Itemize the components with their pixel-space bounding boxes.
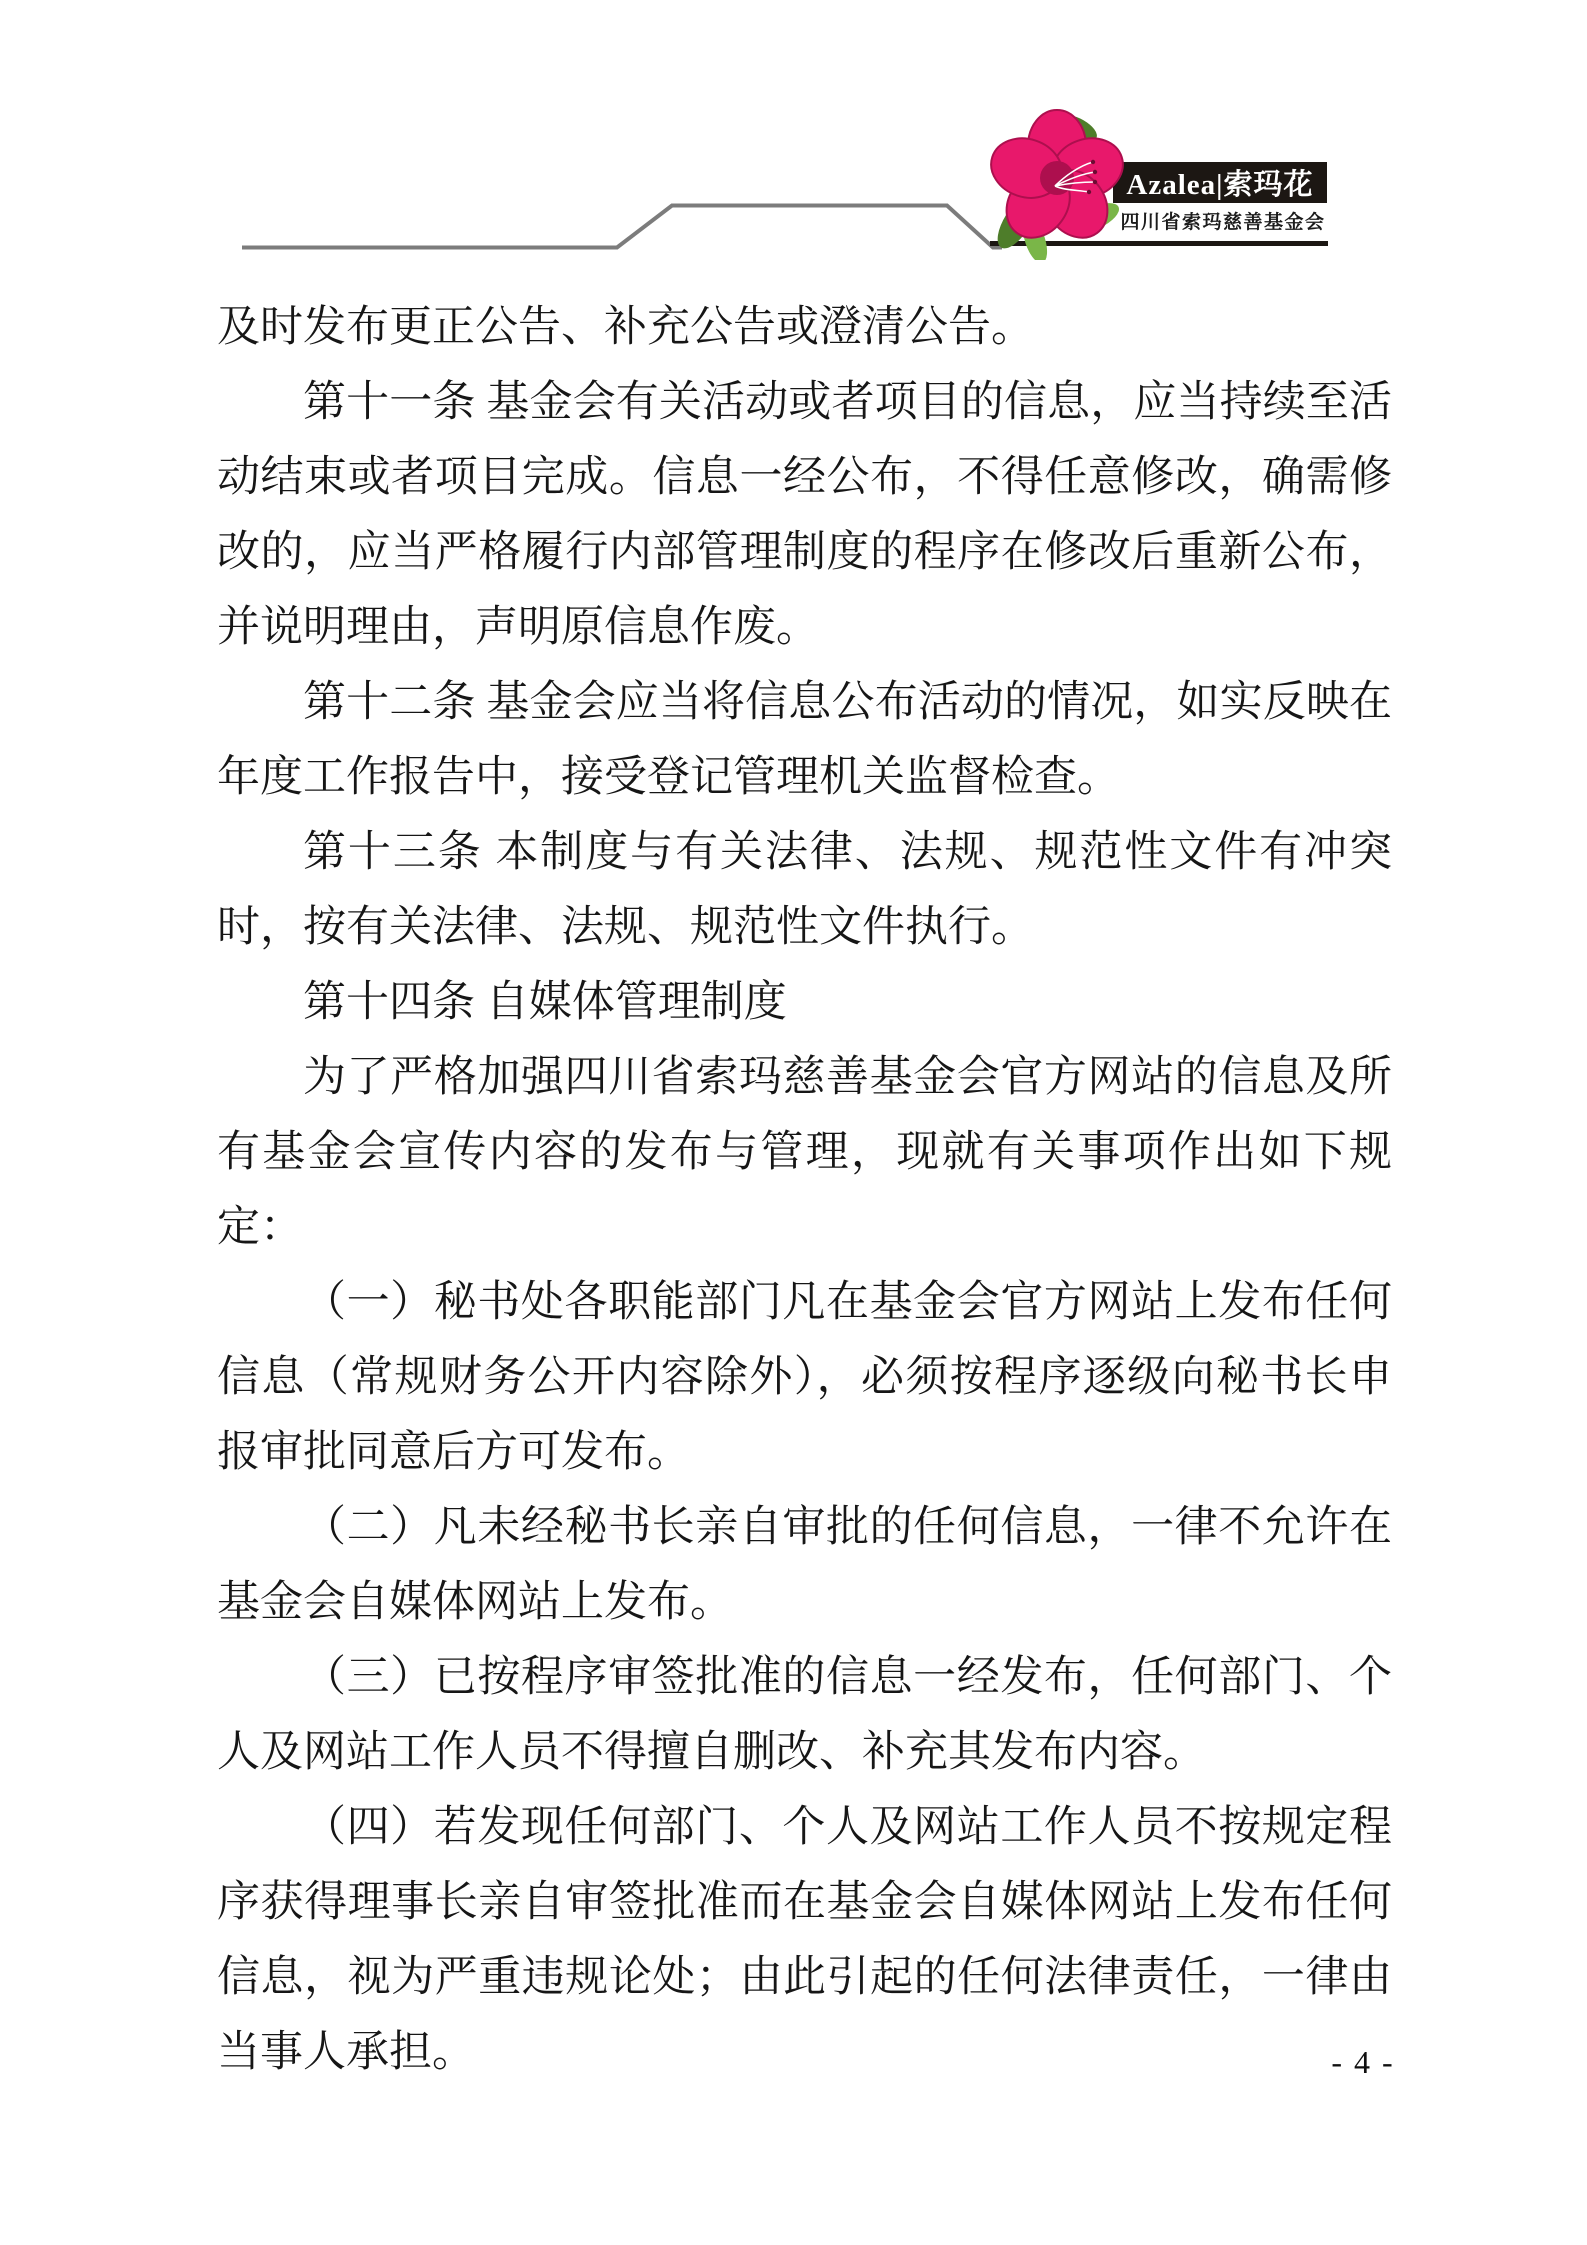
document-body: 及时发布更正公告、补充公告或澄清公告。第十一条 基金会有关活动或者项目的信息，应…	[217, 290, 1392, 2090]
paragraph: （三）已按程序审签批准的信息一经发布，任何部门、个人及网站工作人员不得擅自删改、…	[217, 1640, 1392, 1790]
paragraph: （二）凡未经秘书长亲自审批的任何信息，一律不允许在基金会自媒体网站上发布。	[217, 1490, 1392, 1640]
paragraph: 第十四条 自媒体管理制度	[217, 965, 1392, 1040]
paragraph: 第十二条 基金会应当将信息公布活动的情况，如实反映在年度工作报告中，接受登记管理…	[217, 665, 1392, 815]
logo-banner: Azalea|索玛花	[1113, 162, 1327, 203]
paragraph: 及时发布更正公告、补充公告或澄清公告。	[217, 290, 1392, 365]
paragraph: 第十三条 本制度与有关法律、法规、规范性文件有冲突时，按有关法律、法规、规范性文…	[217, 815, 1392, 965]
azalea-flower-icon	[983, 100, 1135, 260]
paragraph: （一）秘书处各职能部门凡在基金会官方网站上发布任何信息（常规财务公开内容除外），…	[217, 1265, 1392, 1490]
paragraph: （四）若发现任何部门、个人及网站工作人员不按规定程序获得理事长亲自审签批准而在基…	[217, 1790, 1392, 2090]
logo-brand-label: Azalea|索玛花	[1126, 162, 1313, 203]
document-page: Azalea|索玛花 四川省索玛慈善基金会	[0, 0, 1587, 2245]
page-number: - 4 -	[1308, 2042, 1418, 2082]
paragraph: 为了严格加强四川省索玛慈善基金会官方网站的信息及所有基金会宣传内容的发布与管理，…	[217, 1040, 1392, 1265]
logo-org-name-label: 四川省索玛慈善基金会	[1120, 207, 1325, 234]
header-decorative-rule	[0, 0, 1587, 270]
paragraph: 第十一条 基金会有关活动或者项目的信息，应当持续至活动结束或者项目完成。信息一经…	[217, 365, 1392, 665]
logo-org-name: 四川省索玛慈善基金会	[1118, 205, 1328, 235]
